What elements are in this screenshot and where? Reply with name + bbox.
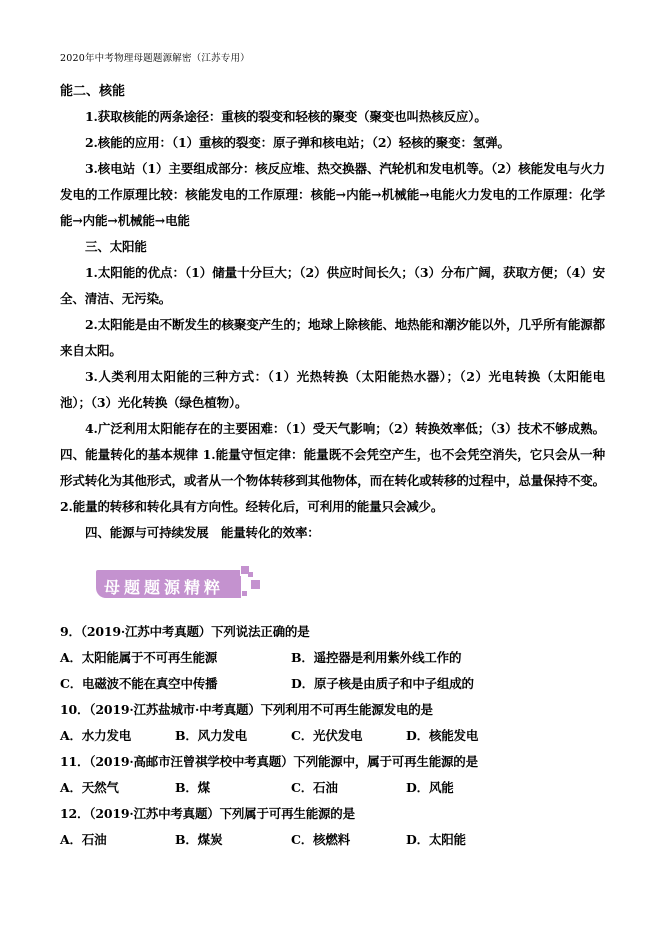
- question-10-option-a[interactable]: A．水力发电: [60, 726, 131, 744]
- question-11-stem: 11．（2019·高邮市汪曾祺学校中考真题）下列能源中，属于可再生能源的是: [60, 752, 478, 770]
- question-10-stem: 10．（2019·江苏盐城市·中考真题）下列利用不可再生能源发电的是: [60, 700, 433, 718]
- banner-deco-icon: [251, 580, 260, 589]
- paragraph-solar-3: 3.人类利用太阳能的三种方式：（1）光热转换（太阳能热水器）；（2）光电转换（太…: [60, 364, 605, 416]
- question-12-option-c[interactable]: C．核燃料: [291, 830, 350, 848]
- question-9-option-c[interactable]: C．电磁波不能在真空中传播: [60, 674, 217, 692]
- question-11-option-d[interactable]: D．风能: [406, 778, 454, 796]
- banner-deco-icon: [235, 576, 241, 598]
- paragraph-solar-1: 1.太阳能的优点：（1）储量十分巨大；（2）供应时间长久；（3）分布广阔，获取方…: [60, 260, 605, 312]
- question-9-option-d[interactable]: D．原子核是由质子和中子组成的: [291, 674, 474, 692]
- paragraph-solar-2: 2.太阳能是由不断发生的核聚变产生的；地球上除核能、地热能和潮汐能以外，几乎所有…: [60, 312, 605, 364]
- paragraph-solar-title: 三、太阳能: [60, 234, 605, 260]
- paragraph-section-four: 四、能源与可持续发展 能量转化的效率：: [60, 520, 605, 546]
- banner-deco-icon: [248, 572, 253, 577]
- paragraph-nuclear-2: 2.核能的应用：（1）重核的裂变：原子弹和核电站；（2）轻核的聚变：氢弹。: [60, 130, 605, 156]
- question-10-option-b[interactable]: B．风力发电: [175, 726, 247, 744]
- question-9-option-a[interactable]: A．太阳能属于不可再生能源: [60, 648, 217, 666]
- banner-deco-icon: [242, 591, 247, 596]
- question-10-option-d[interactable]: D．核能发电: [406, 726, 478, 744]
- question-12-option-a[interactable]: A．石油: [60, 830, 106, 848]
- question-10-option-c[interactable]: C．光伏发电: [291, 726, 362, 744]
- question-11-option-b[interactable]: B．煤: [175, 778, 210, 796]
- banner-mother-question: 母题题源精粹: [96, 566, 264, 602]
- question-11-option-a[interactable]: A．天然气: [60, 778, 119, 796]
- paragraph-nuclear-1: 1.获取核能的两条途径：重核的裂变和轻核的聚变（聚变也叫热核反应）。: [60, 104, 605, 130]
- section-title-nuclear: 能二、核能: [60, 80, 125, 99]
- question-11-option-c[interactable]: C．石油: [291, 778, 338, 796]
- question-12-option-b[interactable]: B．煤炭: [175, 830, 222, 848]
- page-header: 2020年中考物理母题题源解密（江苏专用）: [60, 50, 250, 64]
- paragraph-nuclear-3: 3.核电站（1）主要组成部分：核反应堆、热交换器、汽轮机和发电机等。（2）核能发…: [60, 156, 605, 234]
- banner-label: 母题题源精粹: [104, 575, 224, 598]
- question-9-stem: 9．（2019·江苏中考真题）下列说法正确的是: [60, 622, 310, 640]
- question-9-option-b[interactable]: B．遥控器是利用紫外线工作的: [291, 648, 461, 666]
- paragraph-solar-4: 4.广泛利用太阳能存在的主要困难：（1）受天气影响；（2）转换效率低；（3）技术…: [60, 416, 605, 520]
- question-12-stem: 12．（2019·江苏中考真题）下列属于可再生能源的是: [60, 804, 355, 822]
- question-12-option-d[interactable]: D．太阳能: [406, 830, 466, 848]
